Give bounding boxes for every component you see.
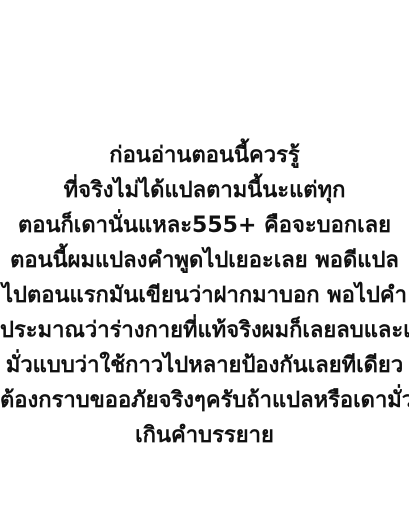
- note-line-7: มั่วแบบว่าใช้กาวไปหลายป้องกันเลยทีเดียว: [0, 348, 409, 383]
- note-line-1: ก่อนอ่านตอนนี้ควรรู้: [0, 138, 409, 173]
- translator-note-page: ก่อนอ่านตอนนี้ควรรู้ ที่จริงไม่ได้แปลตาม…: [0, 0, 409, 522]
- note-line-9: เกินคำบรรยาย: [0, 418, 409, 453]
- note-line-5: ไปตอนแรกมันเขียนว่าฝากมาบอก พอไปคำ: [0, 278, 409, 313]
- note-line-4: ตอนนี้ผมแปลงคำพูดไปเยอะเลย พอดีแปล: [0, 243, 409, 278]
- note-line-8: ต้องกราบขออภัยจริงๆครับถ้าแปลหรือเดามั่ว: [0, 383, 409, 418]
- note-line-6: ประมาณว่าร่างกายที่แท้จริงผมก็เลยลบและเด…: [0, 313, 409, 348]
- note-line-2: ที่จริงไม่ได้แปลตามนี้นะแต่ทุก: [0, 173, 409, 208]
- translator-note-text-block: ก่อนอ่านตอนนี้ควรรู้ ที่จริงไม่ได้แปลตาม…: [0, 138, 409, 453]
- note-line-3: ตอนก็เดานั่นแหละ555+ คือจะบอกเลย: [0, 208, 409, 243]
